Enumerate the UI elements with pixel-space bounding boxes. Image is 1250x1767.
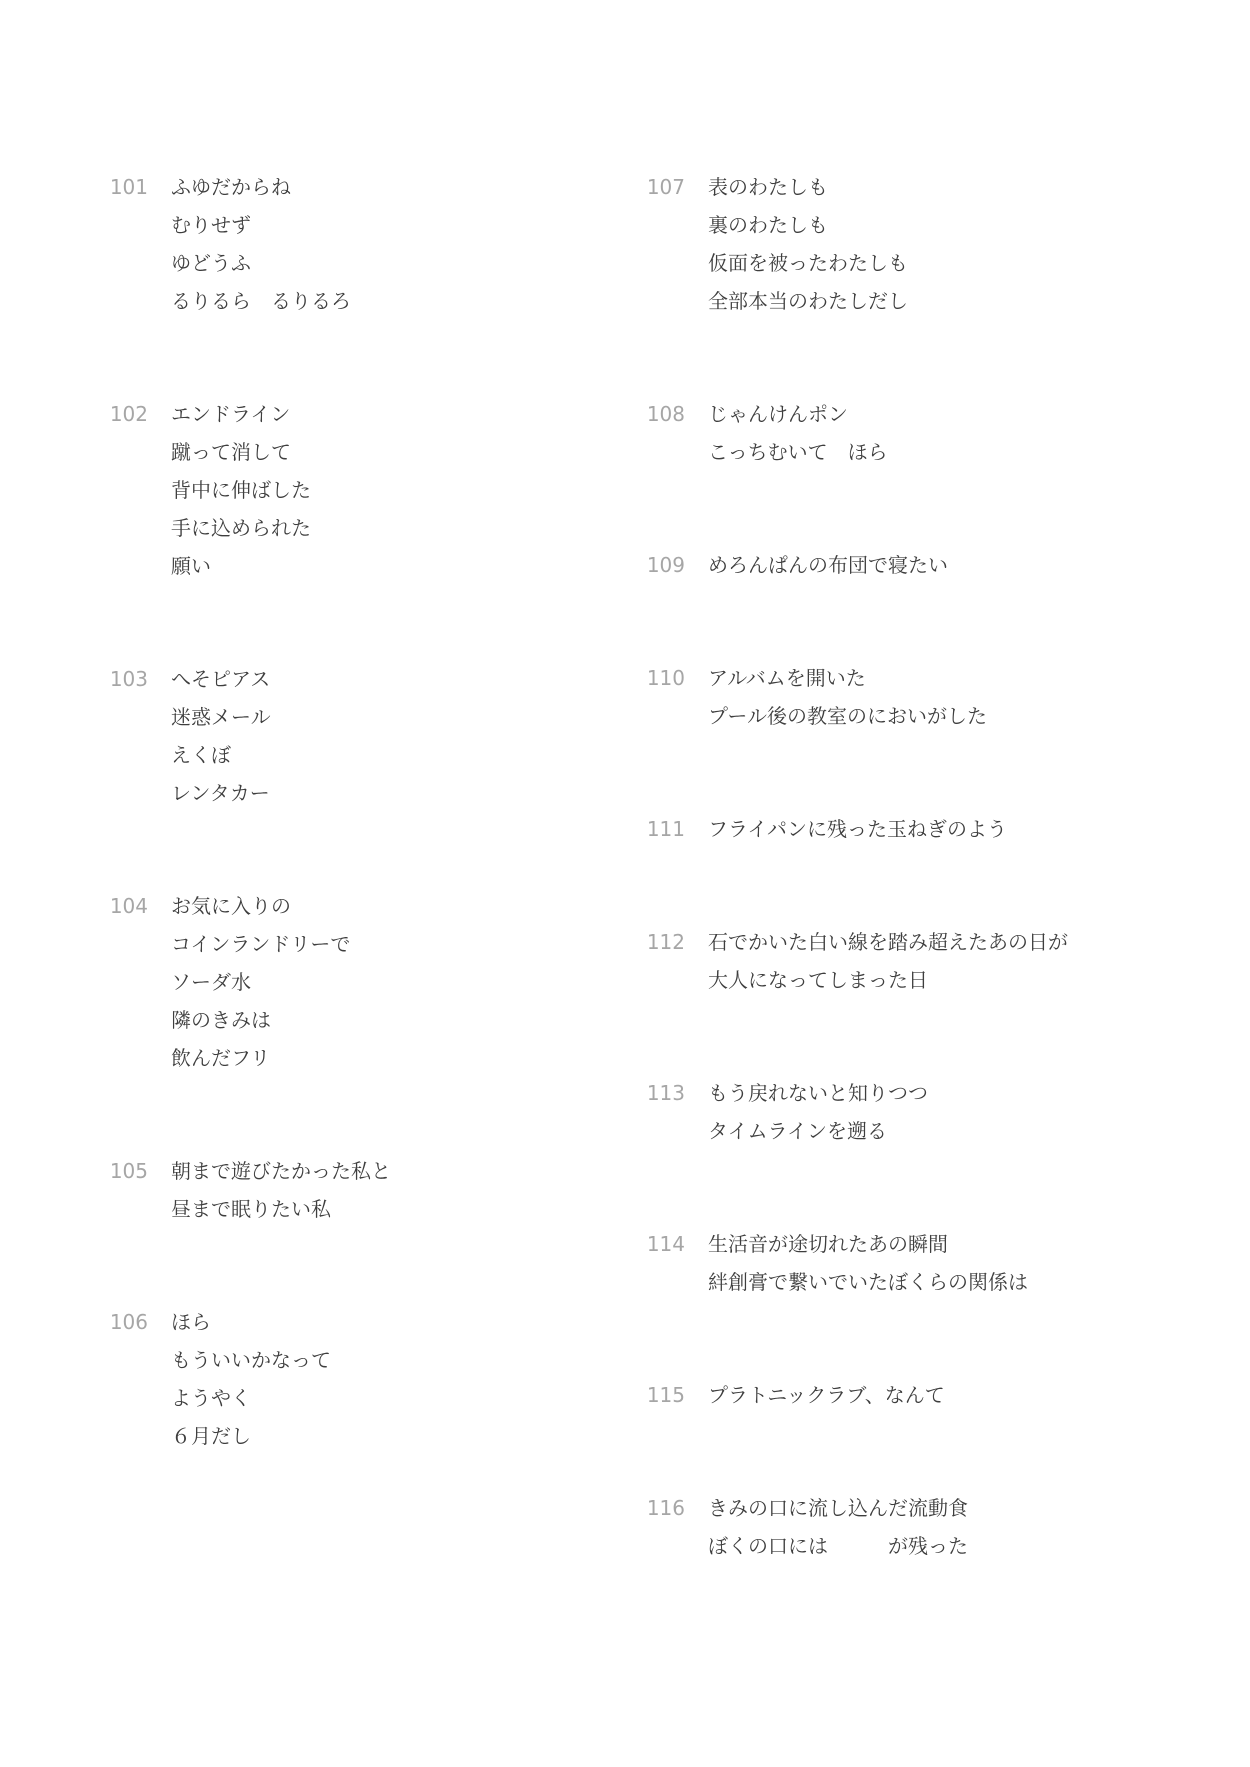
poem-entry-number: 104 (103, 887, 148, 925)
poem-entry-lines: 表のわたしも裏のわたしも仮面を被ったわたしも全部本当のわたしだし (708, 168, 1068, 320)
poem-entry-number: 112 (640, 923, 685, 961)
poem-line: るりるら るりるろ (171, 282, 391, 320)
poem-entry-lines: めろんぱんの布団で寝たい (708, 546, 1068, 584)
poem-entry-number: 116 (640, 1489, 685, 1527)
poem-entry-106: 106ほらもういいかなってようやく６月だし (103, 1303, 391, 1455)
poem-line: こっちむいて ほら (708, 433, 1068, 471)
poem-line: ゆどうふ (171, 244, 391, 282)
poem-entry-number: 105 (103, 1152, 148, 1190)
poem-entry-number: 106 (103, 1303, 148, 1341)
poem-entry-lines: お気に入りのコインランドリーでソーダ水隣のきみは飲んだフリ (171, 887, 391, 1077)
poem-line: ぼくの口には が残った (708, 1527, 1068, 1565)
poem-line: レンタカー (171, 774, 391, 812)
poem-entry-lines: もう戻れないと知りつつタイムラインを遡る (708, 1074, 1068, 1150)
poem-entry-lines: アルバムを開いたプール後の教室のにおいがした (708, 659, 1068, 735)
poem-line: お気に入りの (171, 887, 391, 925)
poem-line: めろんぱんの布団で寝たい (708, 546, 1068, 584)
poem-line: 願い (171, 547, 391, 585)
poem-entry-number: 108 (640, 395, 685, 433)
poem-entry-lines: ほらもういいかなってようやく６月だし (171, 1303, 391, 1455)
poem-line: 飲んだフリ (171, 1039, 391, 1077)
poem-line: 裏のわたしも (708, 206, 1068, 244)
poem-line: エンドライン (171, 395, 391, 433)
poem-line: 大人になってしまった日 (708, 961, 1068, 999)
poem-entry-111: 111フライパンに残った玉ねぎのよう (640, 810, 1068, 848)
poem-entry-number: 111 (640, 810, 685, 848)
poem-line: 蹴って消して (171, 433, 391, 471)
poem-line: アルバムを開いた (708, 659, 1068, 697)
poem-line: ６月だし (171, 1417, 391, 1455)
poem-line: 石でかいた白い線を踏み超えたあの日が (708, 923, 1068, 961)
poem-entry-lines: 朝まで遊びたかった私と昼まで眠りたい私 (171, 1152, 391, 1228)
poem-entry-number: 107 (640, 168, 685, 206)
poem-line: 仮面を被ったわたしも (708, 244, 1068, 282)
poem-line: 背中に伸ばした (171, 471, 391, 509)
poem-line: 絆創膏で繋いでいたぼくらの関係は (708, 1263, 1068, 1301)
poem-entry-115: 115プラトニックラブ、なんて (640, 1376, 1068, 1414)
poem-entry-107: 107表のわたしも裏のわたしも仮面を被ったわたしも全部本当のわたしだし (640, 168, 1068, 320)
poem-entry-lines: エンドライン蹴って消して背中に伸ばした手に込められた願い (171, 395, 391, 585)
poem-column-right: 107表のわたしも裏のわたしも仮面を被ったわたしも全部本当のわたしだし108じゃ… (640, 168, 1068, 1640)
poem-entry-109: 109めろんぱんの布団で寝たい (640, 546, 1068, 584)
poem-entry-number: 102 (103, 395, 148, 433)
poem-entry-lines: へそピアス迷惑メールえくぼレンタカー (171, 660, 391, 812)
poem-line: 全部本当のわたしだし (708, 282, 1068, 320)
poem-entry-number: 101 (103, 168, 148, 206)
poem-entry-104: 104お気に入りのコインランドリーでソーダ水隣のきみは飲んだフリ (103, 887, 391, 1077)
poem-line: むりせず (171, 206, 391, 244)
poem-line: フライパンに残った玉ねぎのよう (708, 810, 1068, 848)
poem-page: 101ふゆだからねむりせずゆどうふるりるら るりるろ102エンドライン蹴って消し… (0, 0, 1250, 1767)
poem-line: へそピアス (171, 660, 391, 698)
poem-entry-number: 115 (640, 1376, 685, 1414)
poem-line: ふゆだからね (171, 168, 391, 206)
poem-line: 手に込められた (171, 509, 391, 547)
poem-entry-112: 112石でかいた白い線を踏み超えたあの日が大人になってしまった日 (640, 923, 1068, 999)
poem-entry-lines: じゃんけんポンこっちむいて ほら (708, 395, 1068, 471)
poem-line: タイムラインを遡る (708, 1112, 1068, 1150)
poem-entry-lines: 生活音が途切れたあの瞬間絆創膏で繋いでいたぼくらの関係は (708, 1225, 1068, 1301)
poem-entry-number: 109 (640, 546, 685, 584)
poem-entry-number: 110 (640, 659, 685, 697)
poem-line: 昼まで眠りたい私 (171, 1190, 391, 1228)
poem-line: えくぼ (171, 736, 391, 774)
poem-line: もういいかなって (171, 1341, 391, 1379)
poem-line: プラトニックラブ、なんて (708, 1376, 1068, 1414)
poem-line: もう戻れないと知りつつ (708, 1074, 1068, 1112)
poem-line: コインランドリーで (171, 925, 391, 963)
poem-line: 表のわたしも (708, 168, 1068, 206)
poem-line: ほら (171, 1303, 391, 1341)
poem-line: プール後の教室のにおいがした (708, 697, 1068, 735)
poem-line: 生活音が途切れたあの瞬間 (708, 1225, 1068, 1263)
poem-entry-103: 103へそピアス迷惑メールえくぼレンタカー (103, 660, 391, 812)
poem-column-left: 101ふゆだからねむりせずゆどうふるりるら るりるろ102エンドライン蹴って消し… (103, 168, 391, 1530)
poem-entry-lines: フライパンに残った玉ねぎのよう (708, 810, 1068, 848)
poem-entry-number: 114 (640, 1225, 685, 1263)
poem-line: 迷惑メール (171, 698, 391, 736)
poem-entry-101: 101ふゆだからねむりせずゆどうふるりるら るりるろ (103, 168, 391, 320)
poem-line: ソーダ水 (171, 963, 391, 1001)
poem-line: きみの口に流し込んだ流動食 (708, 1489, 1068, 1527)
poem-line: ようやく (171, 1379, 391, 1417)
poem-line: 隣のきみは (171, 1001, 391, 1039)
poem-entry-105: 105朝まで遊びたかった私と昼まで眠りたい私 (103, 1152, 391, 1228)
poem-entry-lines: プラトニックラブ、なんて (708, 1376, 1068, 1414)
poem-entry-number: 113 (640, 1074, 685, 1112)
poem-entry-108: 108じゃんけんポンこっちむいて ほら (640, 395, 1068, 471)
poem-entry-116: 116きみの口に流し込んだ流動食ぼくの口には が残った (640, 1489, 1068, 1565)
poem-entry-114: 114生活音が途切れたあの瞬間絆創膏で繋いでいたぼくらの関係は (640, 1225, 1068, 1301)
poem-entry-113: 113もう戻れないと知りつつタイムラインを遡る (640, 1074, 1068, 1150)
poem-entry-lines: ふゆだからねむりせずゆどうふるりるら るりるろ (171, 168, 391, 320)
poem-entry-lines: 石でかいた白い線を踏み超えたあの日が大人になってしまった日 (708, 923, 1068, 999)
poem-entry-lines: きみの口に流し込んだ流動食ぼくの口には が残った (708, 1489, 1068, 1565)
poem-line: 朝まで遊びたかった私と (171, 1152, 391, 1190)
poem-entry-110: 110アルバムを開いたプール後の教室のにおいがした (640, 659, 1068, 735)
poem-entry-102: 102エンドライン蹴って消して背中に伸ばした手に込められた願い (103, 395, 391, 585)
poem-entry-number: 103 (103, 660, 148, 698)
poem-line: じゃんけんポン (708, 395, 1068, 433)
